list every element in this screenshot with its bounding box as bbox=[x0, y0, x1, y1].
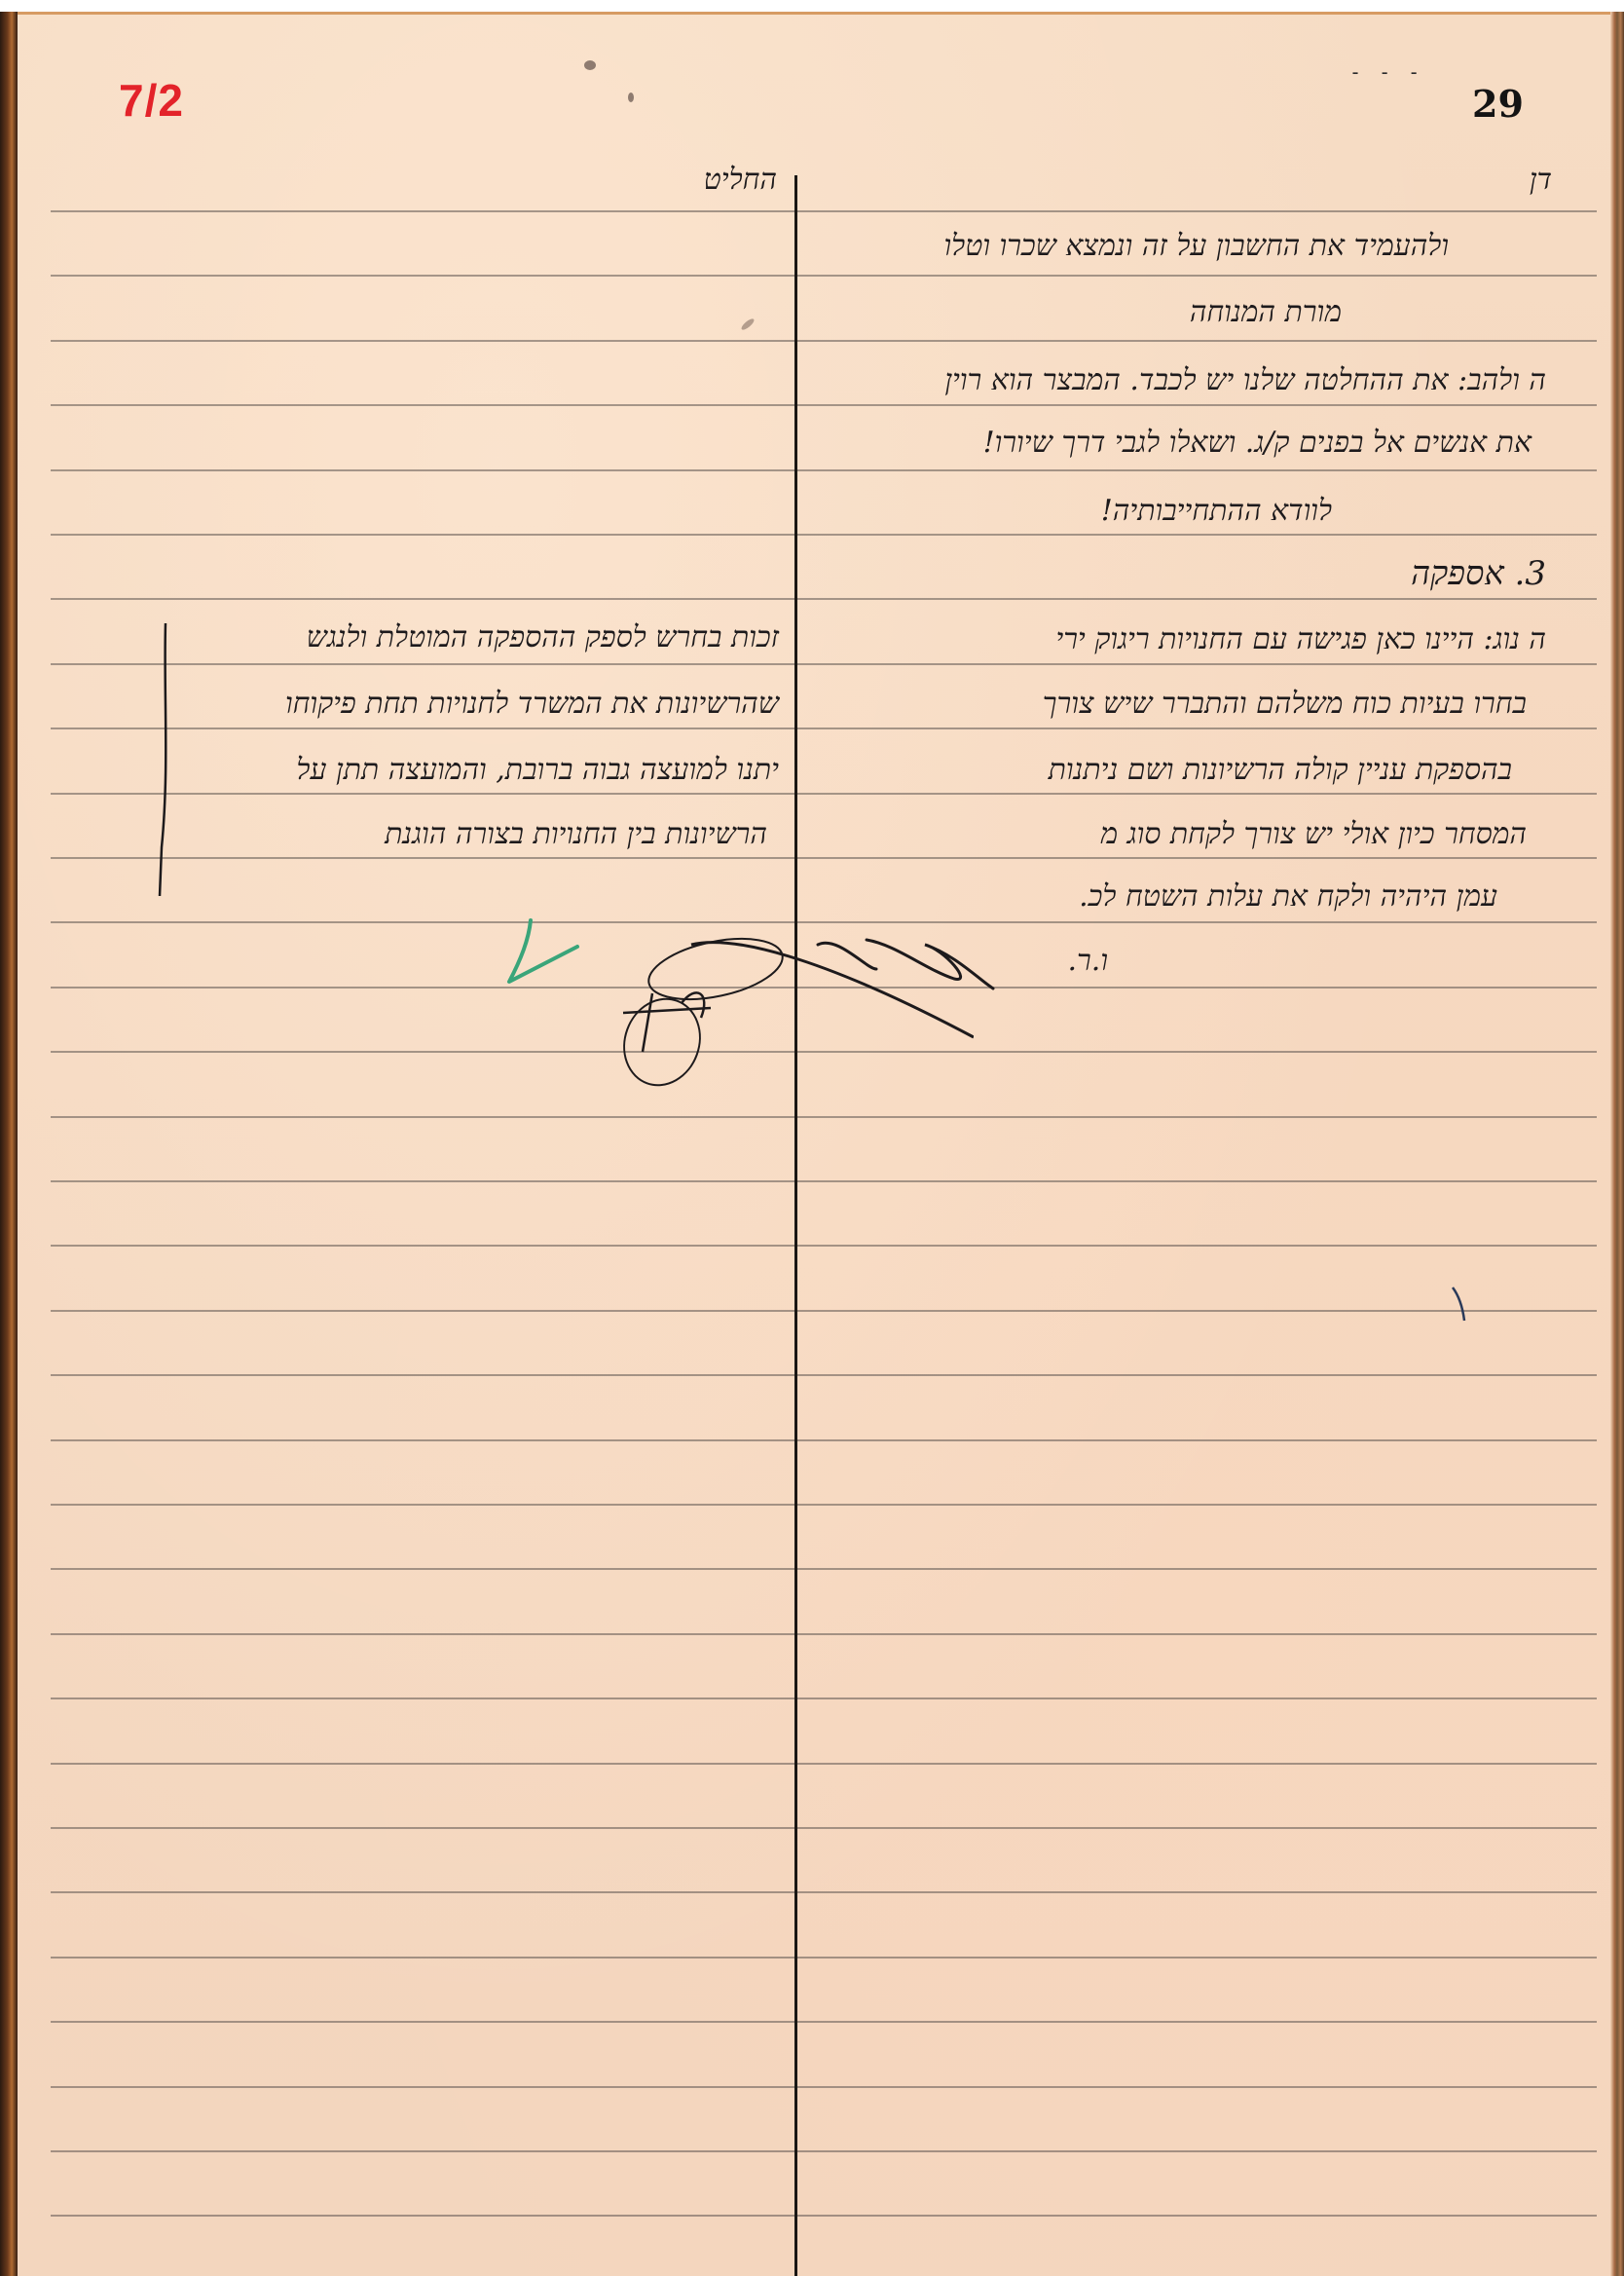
ruled-line bbox=[51, 469, 1597, 471]
ruled-line bbox=[51, 1180, 1597, 1182]
ruled-line bbox=[51, 1698, 1597, 1699]
ruled-line bbox=[51, 1633, 1597, 1635]
ruled-line bbox=[51, 598, 1597, 600]
right-line-5: לוודא ההתחייבותיה! bbox=[1101, 497, 1332, 526]
left-line-4: הרשיונות בין החנויות בצורה הוגנת bbox=[385, 820, 767, 849]
ruled-line bbox=[51, 1504, 1597, 1506]
ruled-line bbox=[51, 1763, 1597, 1765]
signature-right bbox=[808, 930, 1003, 1008]
ruled-line bbox=[51, 793, 1597, 795]
right-line-8: בחרו בעיות כוח משלהם והתברר שיש צורך bbox=[1043, 690, 1527, 719]
right-line-7: ה נוג: היינו כאן פגישה עם החנויות ריגוק … bbox=[1055, 625, 1546, 654]
ruled-line bbox=[51, 1827, 1597, 1829]
ruled-line bbox=[51, 2086, 1597, 2088]
book-binding-right bbox=[1610, 12, 1624, 2276]
ruled-line bbox=[51, 1891, 1597, 1893]
left-line-2: שהרשיונות את המשרד לחנויות תחת פיקוחו bbox=[285, 690, 779, 719]
left-column-header: החליט bbox=[704, 166, 777, 195]
right-initials: ו.ר. bbox=[1068, 947, 1108, 976]
right-line-4: את אנשים אל בפנים ק/ג. ושאלו לגבי דרך שי… bbox=[983, 429, 1532, 458]
archive-annotation: 7/2 bbox=[119, 74, 184, 127]
ruled-line bbox=[51, 2150, 1597, 2152]
ruled-line bbox=[51, 2021, 1597, 2023]
right-line-3: ה ולהב: את ההחלטה שלנו יש לכבד. המבצר הו… bbox=[944, 366, 1546, 395]
right-line-2: מורת המנוחה bbox=[1190, 298, 1342, 327]
ruled-line bbox=[51, 728, 1597, 729]
ruled-line bbox=[51, 1374, 1597, 1376]
ledger-page bbox=[18, 12, 1614, 2276]
right-line-1: ולהעמיד את החשבון על זה ונמצא שכרו וטלו bbox=[943, 232, 1449, 261]
ruled-line bbox=[51, 1568, 1597, 1570]
ruled-line bbox=[51, 1116, 1597, 1118]
ruled-line bbox=[51, 534, 1597, 536]
agenda-item-3-heading: 3. אספקה bbox=[1411, 557, 1546, 590]
right-line-9: בהספקת עניין קולה הרשיונות ושם ניתנות bbox=[1049, 756, 1512, 785]
ruled-line bbox=[51, 857, 1597, 859]
ruled-line bbox=[51, 1245, 1597, 1247]
ruled-line bbox=[51, 275, 1597, 277]
top-marks: - - - bbox=[1349, 60, 1422, 84]
ink-speck bbox=[584, 60, 596, 70]
left-line-1: זכות בחרש לספק ההספקה המוטלת ולנגש bbox=[307, 623, 779, 653]
right-line-10: המסחר כיון אולי יש צורך לקחת סוג מ bbox=[1100, 820, 1527, 849]
ruled-line bbox=[51, 2215, 1597, 2217]
left-line-3: יתנו למועצה גבוה ברובת, והמועצה תתן על bbox=[296, 756, 779, 785]
ruled-line bbox=[51, 663, 1597, 665]
ruled-line bbox=[51, 1957, 1597, 1959]
ruled-line bbox=[51, 1439, 1597, 1441]
bracket-stroke bbox=[146, 614, 185, 906]
ruled-line bbox=[51, 921, 1597, 923]
column-divider bbox=[794, 175, 797, 2276]
green-checkmark-icon bbox=[501, 915, 589, 993]
ruled-line bbox=[51, 340, 1597, 342]
page-number: 29 bbox=[1472, 82, 1524, 126]
ruled-line bbox=[51, 210, 1597, 212]
right-line-11: עמן היהיה ולקח את עלות השטח לכ. bbox=[1079, 882, 1497, 912]
ruled-line bbox=[51, 1310, 1597, 1312]
right-column-header: דן bbox=[1530, 166, 1552, 195]
ink-speck bbox=[628, 93, 634, 102]
ruled-line bbox=[51, 404, 1597, 406]
pen-stroke-mark bbox=[1451, 1286, 1470, 1325]
